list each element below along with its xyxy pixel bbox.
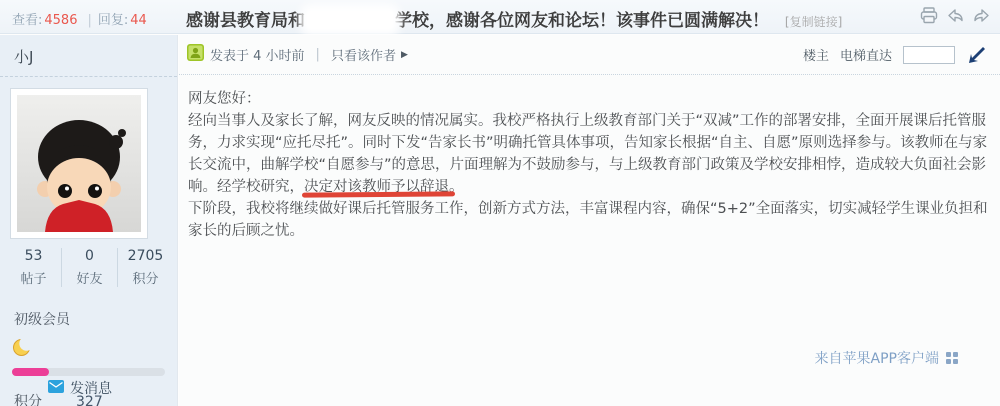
share-right-icon[interactable] xyxy=(973,8,990,23)
view-author-link[interactable]: 只看该作者 xyxy=(331,45,396,64)
message-icon xyxy=(48,380,64,397)
friends-label: 好友 xyxy=(64,268,115,287)
send-message-label: 发消息 xyxy=(70,378,112,398)
jump-icon[interactable] xyxy=(966,46,986,64)
post-body: 网友您好： 经向当事人及家长了解，网友反映的情况属实。我校严格执行上级教育部门关… xyxy=(179,75,999,242)
thread-title-before: 感谢县教育局和 xyxy=(186,11,305,31)
post-paragraph-1: 经向当事人及家长了解，网友反映的情况属实。我校严格执行上级教育部门关于“双减”工… xyxy=(188,110,989,198)
member-level: 初级会员 xyxy=(14,309,177,329)
floor-jump-input[interactable] xyxy=(903,46,955,64)
thread-topbar: 查看:4586|回复:44 感谢县教育局和学校，感谢各位网友和论坛！该事件已圆满… xyxy=(0,0,1000,34)
post-header: 发表于 4 小时前 | 只看该作者 ▶ 楼主 电梯直达 xyxy=(179,35,1000,75)
level-progress-bar xyxy=(12,368,165,376)
client-grid-icon xyxy=(946,352,958,364)
author-sidebar: 小J xyxy=(0,35,178,406)
post-paragraph-2: 下阶段，我校将继续做好课后托管服务工作，创新方式方法，丰富课程内容，确保“5+2… xyxy=(188,198,989,242)
posted-at: 发表于 4 小时前 xyxy=(210,45,305,64)
points-label: 积分 xyxy=(120,268,171,287)
post-greeting: 网友您好： xyxy=(188,88,989,110)
stats-divider: | xyxy=(87,13,91,28)
share-left-icon[interactable] xyxy=(947,8,964,23)
author-username[interactable]: 小J xyxy=(0,35,177,77)
floor-label: 楼主 xyxy=(803,45,829,64)
replies-value: 44 xyxy=(130,13,147,28)
para1-red-underlined-text: 决定对该教师予以辞退 xyxy=(304,179,449,195)
points-count: 2705 xyxy=(120,248,171,264)
author-avatar[interactable] xyxy=(10,88,148,239)
header-divider: | xyxy=(316,47,320,62)
level-progress-fill xyxy=(12,368,49,376)
post-header-right: 楼主 电梯直达 xyxy=(803,45,986,64)
views-value: 4586 xyxy=(44,13,77,28)
elevator-label: 电梯直达 xyxy=(840,45,892,64)
stat-points[interactable]: 2705 积分 xyxy=(118,248,173,287)
printer-icon[interactable] xyxy=(920,7,938,24)
censored-school-name xyxy=(307,11,393,29)
thread-title-after: 学校，感谢各位网友和论坛！该事件已圆满解决！ xyxy=(395,11,769,31)
replies-label: 回复: xyxy=(98,13,128,28)
forum-thread-page: 查看:4586|回复:44 感谢县教育局和学校，感谢各位网友和论坛！该事件已圆满… xyxy=(0,0,1000,406)
views-label: 查看: xyxy=(12,13,42,28)
thread-stats: 查看:4586|回复:44 xyxy=(12,9,151,28)
author-stats: 53 帖子 0 好友 2705 积分 xyxy=(6,248,173,287)
author-icon xyxy=(187,44,204,65)
thread-action-icons xyxy=(920,7,990,24)
posts-count: 53 xyxy=(8,248,59,264)
posts-label: 帖子 xyxy=(8,268,59,287)
thread-title: 感谢县教育局和学校，感谢各位网友和论坛！该事件已圆满解决！ [复制链接] xyxy=(186,6,842,31)
moon-icon xyxy=(12,337,177,361)
friends-count: 0 xyxy=(64,248,115,264)
post-column: 发表于 4 小时前 | 只看该作者 ▶ 楼主 电梯直达 网友您好： 经向当事人及… xyxy=(179,35,1000,406)
score-label: 积分 xyxy=(14,394,42,406)
send-message-button[interactable]: 发消息 xyxy=(48,378,112,398)
stat-friends[interactable]: 0 好友 xyxy=(62,248,118,287)
caret-icon: ▶ xyxy=(401,50,408,60)
stat-posts[interactable]: 53 帖子 xyxy=(6,248,62,287)
copy-link[interactable]: [复制链接] xyxy=(785,15,842,29)
from-client-label: 来自苹果APP客户端 xyxy=(815,348,939,368)
from-client: 来自苹果APP客户端 xyxy=(815,348,958,368)
